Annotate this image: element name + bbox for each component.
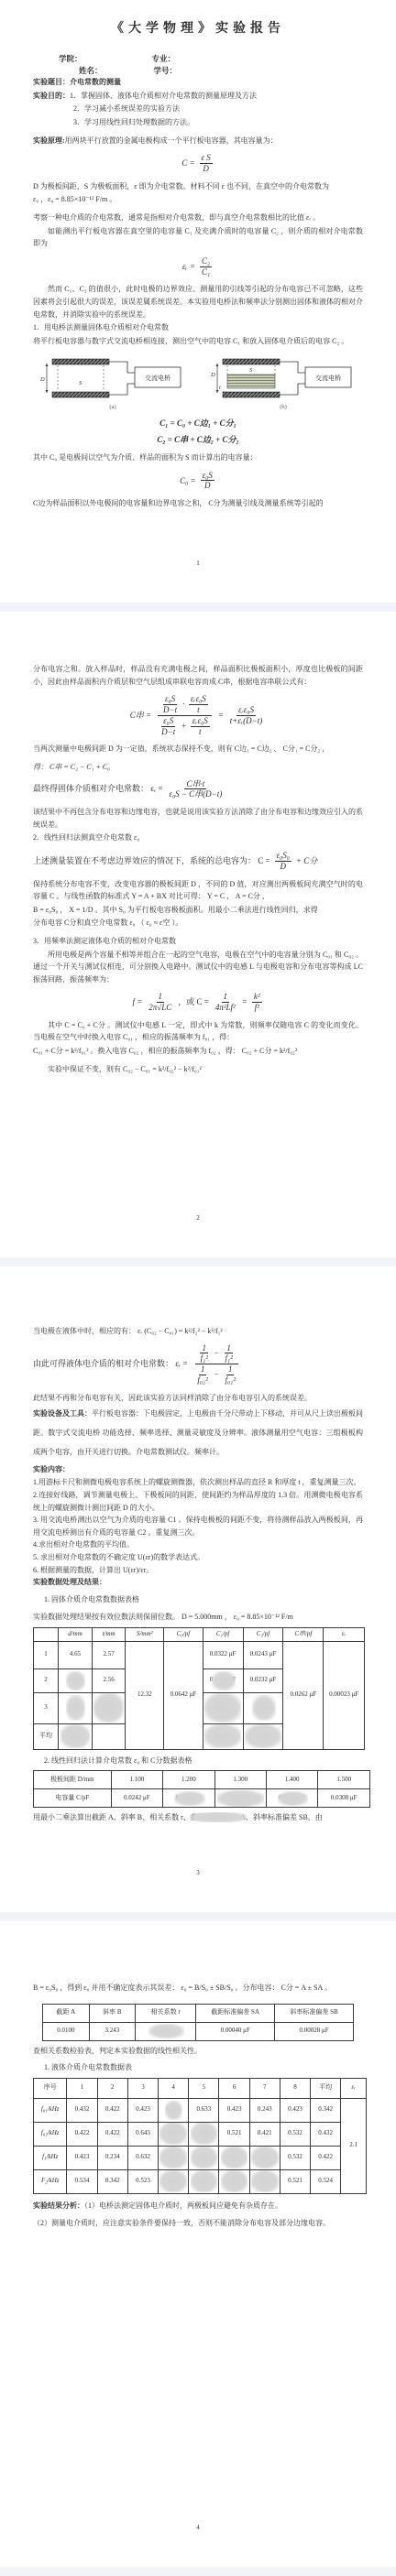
table1-note: 实验数据处理结果按有效位数法则保留位数。 D = 5.000mm ， ε₀ = …	[33, 1611, 363, 1624]
page-number-3: 3	[0, 1868, 396, 1879]
t4-cell: 0.421	[249, 2122, 280, 2146]
para-systematic-error: 然而 C₁、C₂ 的值很小，此时电极的边界效应、测量用的引线等引起的分布电容已不…	[33, 283, 363, 321]
figure-sample-capacitor: D t S 交流电桥 (b)	[210, 354, 357, 412]
page-number-1: 1	[0, 559, 396, 570]
t2-cell: 1.100	[111, 1771, 163, 1789]
para-no-distributed-cap: 此结果不再和分布电容有关，因此该实验方法同样消除了由分布电容引入的系统误差。	[33, 1392, 363, 1405]
t4-row-label: F₂/kHz	[34, 2169, 67, 2193]
t1-cell: 0.0232 μF	[243, 1668, 283, 1692]
t1-cell	[59, 1723, 93, 1749]
t4-cell	[249, 2169, 280, 2193]
ac-bridge-label: 交流电桥	[145, 374, 170, 382]
svg-text:D: D	[210, 372, 215, 378]
page-1: 《大学物理》实验报告 学院： 专业： 姓名： 学号： 实验题目：介电常数的测量 …	[0, 0, 396, 603]
t4-cell: 0.643	[127, 2122, 158, 2146]
analysis-line-1: 实验结果分析：（1）电桥法测定固体电介质时，两极板间应避免有杂质存在。	[33, 2200, 363, 2212]
t4-cell: 0.422	[67, 2122, 97, 2146]
t4-cell: 0.342	[97, 2169, 127, 2193]
t2-row-label: 电容量 C/pF	[34, 1789, 112, 1808]
t3-header: 截距标准偏差 SA	[196, 2004, 275, 2022]
college-label: 学院：	[59, 53, 82, 65]
header-line-1: 学院： 专业：	[33, 53, 363, 65]
t4-cell: 0.632	[127, 2146, 158, 2169]
t2-cell: 1.300	[214, 1771, 266, 1789]
para-series-capacitance: 分布电容之和。放入样品时，样品没有充满电极之间，样品面积比极板面积小，厚度也比极…	[33, 663, 363, 688]
name-label: 姓名：	[79, 65, 103, 77]
t4-cell: 0.521	[280, 2169, 310, 2193]
para-relative-constant: 考察一种电介质的介电常数，通常是指相对介电常数，即与真空介电常数相比的比值 εᵣ…	[33, 212, 363, 224]
t3-cell	[136, 2022, 196, 2040]
para-linear-fit-1: 保持系统分布电容不变，改变电容器的极板间距 D ，不同的 D 值，对应测出两极板…	[33, 878, 363, 903]
t4-header: 8	[280, 2078, 310, 2098]
t4-cell: 0.432	[311, 2122, 341, 2146]
t1-cell: 2.56	[92, 1668, 125, 1692]
t4-cell	[189, 2122, 219, 2146]
t4-header: 7	[249, 2078, 280, 2098]
t4-cell: 0.532	[280, 2122, 310, 2146]
page-title: 《大学物理》实验报告	[33, 0, 363, 40]
table2-title: 2. 线性回归法计算介电常数 ε₀ 和 C分数据表格	[44, 1755, 363, 1767]
step-4: 4.求出相对介电常数的平均值。	[33, 1538, 363, 1551]
step-6: 6. 根据测量的数据，计算出 U(εr)/εr。	[33, 1564, 363, 1577]
correlation-check-text: 查相关系数检验表，判定本实验数据的线性相关性。	[33, 2045, 363, 2058]
t4-cell	[159, 2146, 189, 2169]
page-2: 分布电容之和。放入样品时，样品没有充满电极之间，样品面积比极板面积小，厚度也比极…	[0, 612, 396, 1257]
svg-text:S: S	[249, 367, 253, 374]
ac-bridge-label: 交流电桥	[315, 374, 341, 382]
t4-header: 平均	[311, 2078, 341, 2098]
svg-text:D: D	[39, 376, 45, 383]
t2-cell: 0.0242 μF	[111, 1789, 163, 1808]
t4-cell	[159, 2169, 189, 2193]
t2-cell: 1.400	[266, 1771, 318, 1789]
t4-cell	[219, 2146, 249, 2169]
section-1-text: 将平行板电容器与数字式交流电桥相连接，测出空气中的电容 C₁ 和放入固体电介质后…	[33, 335, 363, 348]
para-vacuum-constant: ε₀ ，ε₀ = 8.85×10⁻¹² F/m 。	[33, 193, 363, 206]
t4-header: 5	[189, 2078, 219, 2098]
equipment-paragraph: 实验设备及工具：平行板电容器：下电极固定，上电极由千分尺带动上下移动，并可从尺上…	[33, 1405, 363, 1462]
t4-cell: 0.422	[311, 2146, 341, 2169]
t2-cell: 1.500	[318, 1771, 370, 1789]
para-linear-fit-2: B = ε₀S₀ ， X = 1/D 。其中 S₀ 为平行板电容极板面积。用最小…	[33, 904, 363, 917]
section-2-title: 2．线性回归法测真空介电常数 ε₀	[33, 831, 363, 844]
t1-cell: 0.0243 μF	[243, 1641, 283, 1668]
document-canvas: 《大学物理》实验报告 学院： 专业： 姓名： 学号： 实验题目：介电常数的测量 …	[0, 0, 396, 2567]
formula-c0: C₀ = ε₀SD	[33, 471, 363, 492]
t4-header: 6	[219, 2078, 249, 2098]
page-4: B = ε₀S₀ ，得到 ε₀ 并用不确定度表示其误差： ε₀ = B/S₀ ±…	[0, 1921, 396, 2567]
step-1: 1.用游标卡尺和测微电极电容系统上的螺旋测微器，依次测出样品的直径 R 和厚度 …	[33, 1476, 363, 1489]
fit-parameters-table: 截距 A 斜率 B 相关系数 r 截距标准偏差 SA 斜率标准偏差 SB 0.0…	[42, 2004, 354, 2041]
t4-header: 序号	[34, 2078, 67, 2098]
liquid-dielectric-table: 序号 1 2 3 4 5 6 7 8 平均 εᵣ f₀₁/kHz 0.432 0…	[33, 2078, 367, 2194]
t4-header: 4	[159, 2078, 189, 2098]
t4-cell: 0.633	[189, 2098, 219, 2122]
t1-cell: 3.80	[59, 1668, 93, 1692]
t4-cell: 0.524	[311, 2169, 341, 2193]
formula-c1: C₁ = C₀ + C边₁ + C分₁	[33, 418, 363, 429]
step-3: 3. 用交流电桥测出以空气为介质的电容量 C1 。保持电极板的间距不变，将待测样…	[33, 1514, 363, 1538]
formula-series: C串 = ε₀SD−t · εᵣε₀St ε₀SD−t + εᵣε₀St = ε…	[33, 694, 363, 736]
t1-cell-series: 0.0262 μF	[283, 1641, 324, 1749]
header-line-2: 姓名： 学号：	[33, 65, 363, 77]
linear-regression-table: 极板间距 D/mm 1.100 1.200 1.300 1.400 1.500 …	[33, 1770, 370, 1808]
capacitor-diagram-sample: D t S 交流电桥	[210, 354, 357, 402]
t1-cell: 0.0253 μF	[203, 1668, 243, 1692]
section-3-title: 3．用频率法测定液体电介质的相对介电常数	[33, 935, 363, 948]
least-squares-text: 用最小二乘法算出截距 A、斜率 B、相关系数 r、截距标准偏差 SA、斜率标准偏…	[33, 1811, 363, 1824]
t4-header: εᵣ	[341, 2078, 367, 2098]
formula-c2: C₂ = C串 + C边₂ + C分₂	[33, 435, 363, 445]
t1-cell	[243, 1723, 283, 1749]
t3-cell: 0.0100	[43, 2022, 90, 2040]
para-c01-c02: C₀₁ + C分 = k²/f₀₁² 。换入电容 C₀₂ ，相应的振荡频率为 f…	[33, 1045, 363, 1058]
solid-dielectric-table: d/mm t/mm S/mm² C₀/pf C₁/pf C₂/pf C串/pf …	[33, 1627, 365, 1750]
t1-cell: 4.65	[59, 1641, 93, 1668]
para-frequency-method: 所用电极是两个容量不相等并组合在一起的空气电容，电极在空气中的电容量分别为 C₀…	[33, 949, 363, 986]
t4-header: 1	[67, 2078, 97, 2098]
formula-solid-epsilon: 最终得固体介质相对介电常数： εᵣ = C串·tε₀S − C串(D−t)	[33, 779, 363, 800]
t1-cell	[92, 1692, 125, 1723]
para-frequency-change: 其中 C = C₀ + C分 。测试仪中电感 L 一定，即式中 k 为常数，则频…	[33, 1019, 363, 1044]
content-label: 实验内容：	[33, 1463, 363, 1476]
t4-cell: 0.342	[311, 2098, 341, 2122]
formula-capacitance: C = ε SD	[33, 153, 363, 174]
formula-liquid-epsilon: 由此可得液体电介质的相对介电常数： εᵣ = 1f₂² − 1f₁² 1f₀₂²…	[33, 1343, 363, 1386]
para-invariant: 实验中保证不变，则有 C₀₂ − C₀₁ = k²/f₀₂² − k²/f₀₁²	[33, 1063, 363, 1076]
student-id-label: 学号：	[154, 65, 178, 77]
table4-title: 1. 液体介质介电常数数据表	[44, 2061, 363, 2074]
t1-header: C₂/pf	[243, 1627, 283, 1641]
formula-total-capacitance: 上述测量装置在不考虑边界效应的情况下，系统的总电容为： C = ε₀S₀D + …	[33, 851, 363, 872]
para-plate-distance: D 为极板间距，S 为极板面积，ε 即为介电常数。材料不同 ε 也不同，在真空中…	[33, 180, 363, 193]
t1-cell: 2	[34, 1668, 59, 1692]
t3-header: 截距 A	[43, 2004, 90, 2022]
para-constant-distance: 当两次测量中电极间距 D 为一定值，系统状态保持不变，则有 C边₁ = C边₂ …	[33, 743, 363, 755]
formula-epsilon-r: εᵣ = C₂C₁	[33, 256, 363, 277]
page-3: 当电极在液体中时，相应的有： εᵣ (C₀₂ − C₀₁) = k²/f₂² −…	[0, 1266, 396, 1912]
principle-intro: 实验原理:用两块平行放置的金属电极构成一个平行板电容器，其电容量为：	[33, 135, 363, 147]
results-label: 实验数据处理及结果：	[33, 1576, 363, 1589]
svg-text:S: S	[79, 380, 82, 386]
t1-cell	[203, 1692, 243, 1723]
major-label: 专业：	[152, 53, 176, 65]
para-measure-c1c2: 如能测出平行板电容器在真空里的电容量 C₁ 及充满介质时的电容量 C₂ ，则介质…	[33, 225, 363, 250]
purpose-item-2: 2．学习减小系统误差的实验方法	[33, 103, 363, 115]
t4-cell	[159, 2122, 189, 2146]
t1-header: C串/pf	[283, 1627, 324, 1641]
t4-header: 2	[97, 2078, 127, 2098]
table1-title: 1. 固体介质介电常数数据表格	[44, 1593, 363, 1606]
t4-cell: 0.234	[97, 2146, 127, 2169]
t1-cell	[92, 1723, 125, 1749]
t4-cell	[219, 2169, 249, 2193]
para-c0-definition: 其中 C₀ 是电极间以空气为介质、样品的面积为 S 而计算出的电容量：	[33, 451, 363, 464]
t4-cell	[249, 2146, 280, 2169]
capacitor-diagram-air: D S 交流电桥	[39, 354, 186, 402]
section-1-title: 1．用电桥法测量固体电介质相对介电常数	[33, 321, 363, 334]
t4-cell: 0.423	[127, 2098, 158, 2122]
t1-cell-average: 平均	[34, 1723, 59, 1749]
t4-cell: 0.423	[280, 2098, 310, 2122]
t3-cell: 0.00040 μF	[196, 2022, 275, 2040]
t4-row-label: f₀₁/kHz	[34, 2098, 67, 2122]
t4-cell: 0.243	[249, 2098, 280, 2122]
t4-cell: 0.423	[67, 2146, 97, 2169]
formula-get-series: 得： C串 = C₂ − C₁ + C₀	[33, 761, 363, 774]
t3-header: 相关系数 r	[136, 2004, 196, 2022]
t1-header: εᵣ	[324, 1627, 365, 1641]
t1-header: C₀/pf	[164, 1627, 203, 1641]
t1-cell: 3.40	[59, 1692, 93, 1723]
figure-air-capacitor: D S 交流电桥 (a)	[39, 354, 186, 412]
t1-header: C₁/pf	[203, 1627, 243, 1641]
t2-cell: 1.200	[163, 1771, 215, 1789]
t1-header: t/mm	[92, 1627, 125, 1641]
t1-cell-area: 12.32	[126, 1641, 164, 1749]
t4-cell-epsilon: 2.1	[341, 2098, 367, 2193]
t3-cell: 0.00028 μF	[275, 2022, 354, 2040]
t4-row-label: f₀₂/kHz	[34, 2122, 67, 2146]
document-viewer: { "colors": {"canvas_bg":"#f1f3f7","page…	[0, 0, 396, 2567]
t4-cell	[189, 2146, 219, 2169]
t4-row-label: f₁/kHz	[34, 2146, 67, 2169]
para-error-removed: 该结果中不再包含分布电容和边缘电容，也就是说用该实验方法消除了由分布电容和边缘效…	[33, 806, 363, 831]
t2-cell: 0.0279 μF	[266, 1789, 318, 1808]
t4-cell: 0.432	[67, 2098, 97, 2122]
t1-cell: 2.57	[92, 1641, 125, 1668]
formula-oscillation: f = 12π√LC ，或 C = 14π²Lf² = k²f²	[33, 992, 363, 1013]
svg-text:t: t	[219, 385, 221, 391]
t1-cell: 3	[34, 1692, 59, 1723]
para-linear-fit-3: 分布电容 C分和真空介电常数 ε₀ （ ε₀ ≈ ε空 ）。	[33, 917, 363, 929]
t1-cell: 0.0322 μF	[203, 1641, 243, 1668]
purpose-item-3: 3．学习用线性回归处理数据的方法。	[33, 116, 363, 129]
step-2: 2.连接好线路，调节测量电极上、下极板间的间距，使间距约为样品厚度的 1.3 倍…	[33, 1489, 363, 1514]
t4-cell	[189, 2169, 219, 2193]
t2-cell: 0.0254 μF	[163, 1789, 215, 1808]
t2-cell	[214, 1789, 266, 1808]
para-fit-result: B = ε₀S₀ ，得到 ε₀ 并用不确定度表示其误差： ε₀ = B/S₀ ±…	[33, 1982, 363, 1994]
para-edge-capacitance: C边为样品面积以外电极间的电容量和边界电容之和， C分为测量引线及测量系统等引起…	[33, 497, 363, 510]
t4-cell: 0.423	[219, 2098, 249, 2122]
t4-cell: 0.471	[159, 2098, 189, 2122]
t1-cell-epsilon: 0.00023 μF	[324, 1641, 365, 1749]
experiment-purpose: 实验目的：1．掌握固体、液体电介质相对介电常数的测量原理及方法	[33, 90, 363, 103]
t3-cell: 3.243	[89, 2022, 135, 2040]
t1-header: S/mm²	[126, 1627, 164, 1641]
t1-cell	[243, 1692, 283, 1723]
t2-row-label: 极板间距 D/mm	[34, 1771, 112, 1789]
t4-cell: 0.534	[67, 2169, 97, 2193]
t1-header: d/mm	[59, 1627, 93, 1641]
step-5: 5. 求出相对介电常数的不确定度 U(εr)的数学表达式。	[33, 1551, 363, 1564]
t4-cell: 0.422	[97, 2122, 127, 2146]
t3-header: 斜率标准偏差 SB	[275, 2004, 354, 2022]
t4-header: 3	[127, 2078, 158, 2098]
t2-cell: 0.0308 μF	[318, 1789, 370, 1808]
figure-row: D S 交流电桥 (a) D t	[33, 354, 363, 412]
figure-caption-b: (b)	[280, 402, 287, 412]
page-number-2: 2	[0, 1213, 396, 1224]
experiment-topic: 实验题目：介电常数的测量	[33, 76, 363, 89]
figure-caption-a: (a)	[109, 402, 115, 412]
t4-cell: 0.523	[127, 2169, 158, 2193]
t1-cell	[203, 1723, 243, 1749]
t3-header: 斜率 B	[89, 2004, 135, 2022]
para-liquid-relation: 当电极在液体中时，相应的有： εᵣ (C₀₂ − C₀₁) = k²/f₂² −…	[33, 1325, 363, 1338]
analysis-line-2: （2）测量电介质时，应注意实验条件要保持一致，否则不能消除分布电容及部分边缘电容…	[33, 2217, 363, 2230]
page-number-4: 4	[0, 2523, 396, 2534]
t4-cell: 0.422	[97, 2098, 127, 2122]
t4-cell: 0.532	[280, 2146, 310, 2169]
t4-cell: 0.521	[219, 2122, 249, 2146]
t1-cell: 1	[34, 1641, 59, 1668]
t1-header	[34, 1627, 59, 1641]
t1-cell-c0: 0.0642 μF	[164, 1641, 203, 1749]
experiment-steps: 1.用游标卡尺和测微电极电容系统上的螺旋测微器，依次测出样品的直径 R 和厚度 …	[33, 1476, 363, 1576]
